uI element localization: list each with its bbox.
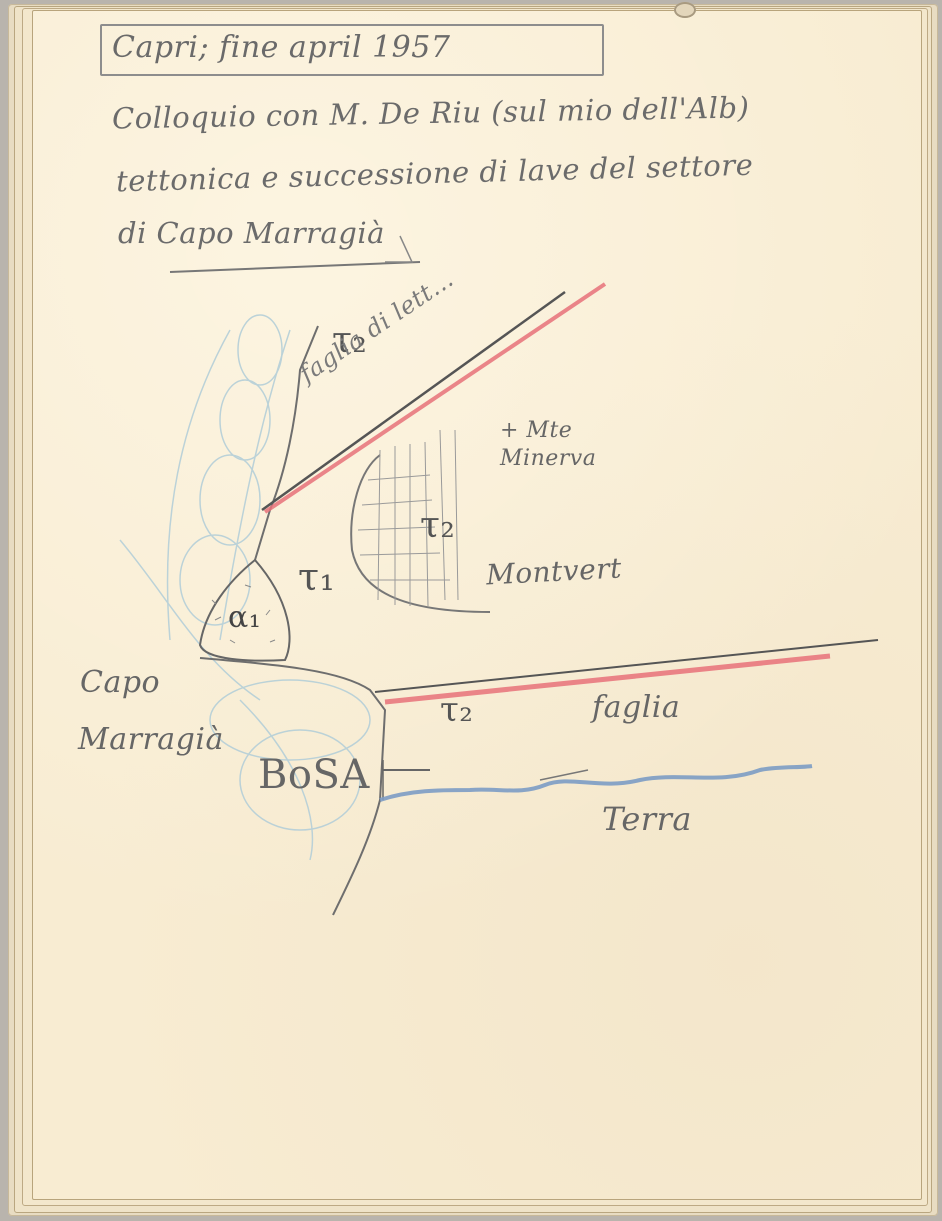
label-monte-name: Minerva xyxy=(500,446,596,471)
geological-sketch xyxy=(0,0,942,1221)
label-tau2-lower: τ₂ xyxy=(440,690,473,730)
label-tau1: τ₁ xyxy=(298,555,335,599)
label-capo-name: Marragià xyxy=(78,722,224,757)
label-terra: Terra xyxy=(602,800,692,838)
label-faglia-lower: faglia xyxy=(592,690,680,725)
label-alpha1: α₁ xyxy=(228,600,261,635)
label-bosa: BoSA xyxy=(258,752,370,798)
label-monte: + Mte xyxy=(500,418,572,443)
label-tau2-middle: τ₂ xyxy=(420,505,455,546)
label-capo: Capo xyxy=(80,665,160,700)
